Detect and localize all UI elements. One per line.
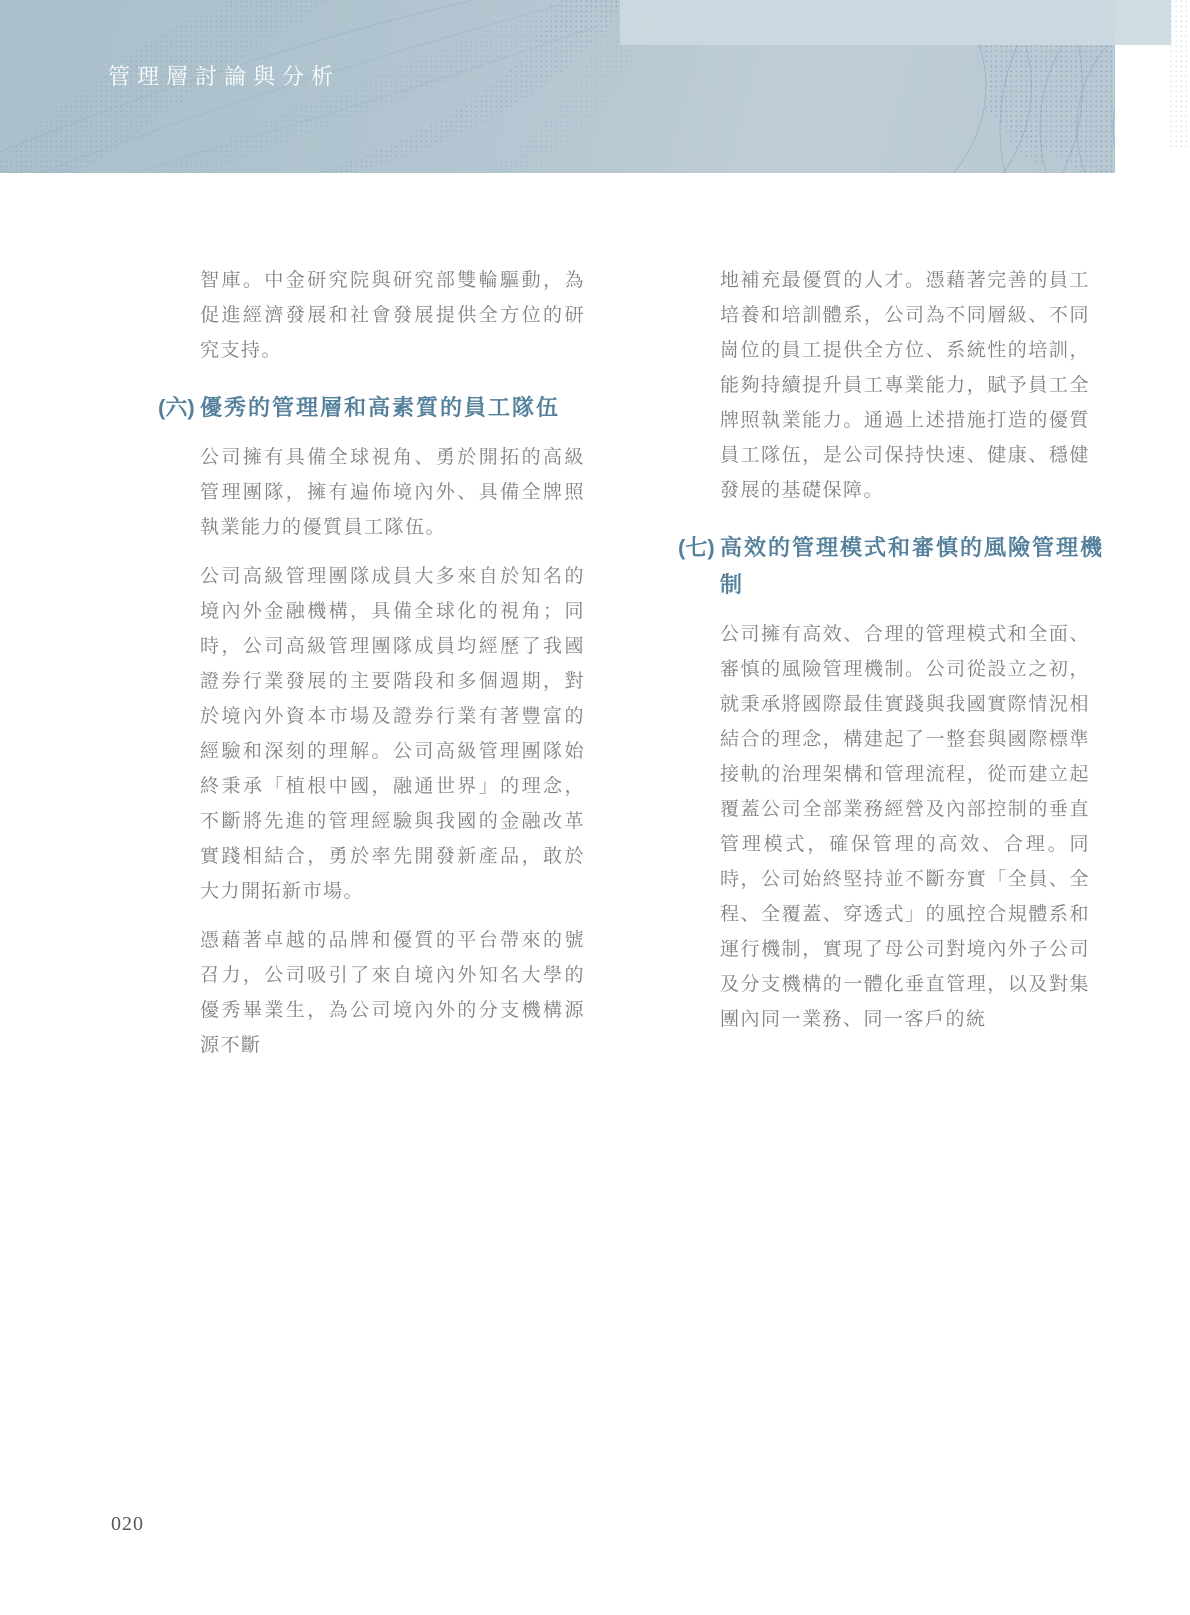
section-heading-6: (六) 優秀的管理層和高素質的員工隊伍 (158, 389, 585, 426)
paragraph-risk-management: 公司擁有高效、合理的管理模式和全面、審慎的風險管理機制。公司從設立之初，就秉承將… (678, 617, 1090, 1037)
paragraph-research-continuation: 智庫。中金研究院與研究部雙輪驅動，為促進經濟發展和社會發展提供全方位的研究支持。 (158, 263, 585, 368)
paragraph-management-team-detail: 公司高級管理團隊成員大多來自於知名的境內外金融機構，具備全球化的視角；同時，公司… (158, 559, 585, 909)
section-title: 優秀的管理層和高素質的員工隊伍 (200, 389, 585, 426)
banner-highlight-block (620, 0, 1171, 45)
page-number: 020 (111, 1513, 144, 1536)
section-title: 高效的管理模式和審慎的風險管理機制 (720, 529, 1123, 603)
page-title: 管理層討論與分析 (108, 60, 340, 91)
section-number: (六) (158, 389, 200, 426)
header-banner: 管理層討論與分析 (0, 0, 1190, 173)
report-page: 管理層討論與分析 智庫。中金研究院與研究部雙輪驅動，為促進經濟發展和社會發展提供… (0, 0, 1190, 1615)
left-column: 智庫。中金研究院與研究部雙輪驅動，為促進經濟發展和社會發展提供全方位的研究支持。… (158, 263, 585, 1063)
paragraph-talent-recruitment: 憑藉著卓越的品牌和優質的平台帶來的號召力，公司吸引了來自境內外知名大學的優秀畢業… (158, 923, 585, 1063)
paragraph-management-team-overview: 公司擁有具備全球視角、勇於開拓的高級管理團隊，擁有遍佈境內外、具備全牌照執業能力… (158, 440, 585, 545)
section-heading-7: (七) 高效的管理模式和審慎的風險管理機制 (678, 529, 1123, 603)
paragraph-talent-training: 地補充最優質的人才。憑藉著完善的員工培養和培訓體系，公司為不同層級、不同崗位的員… (678, 263, 1090, 508)
right-column: 地補充最優質的人才。憑藉著完善的員工培養和培訓體系，公司為不同層級、不同崗位的員… (678, 263, 1090, 1037)
section-number: (七) (678, 529, 720, 603)
